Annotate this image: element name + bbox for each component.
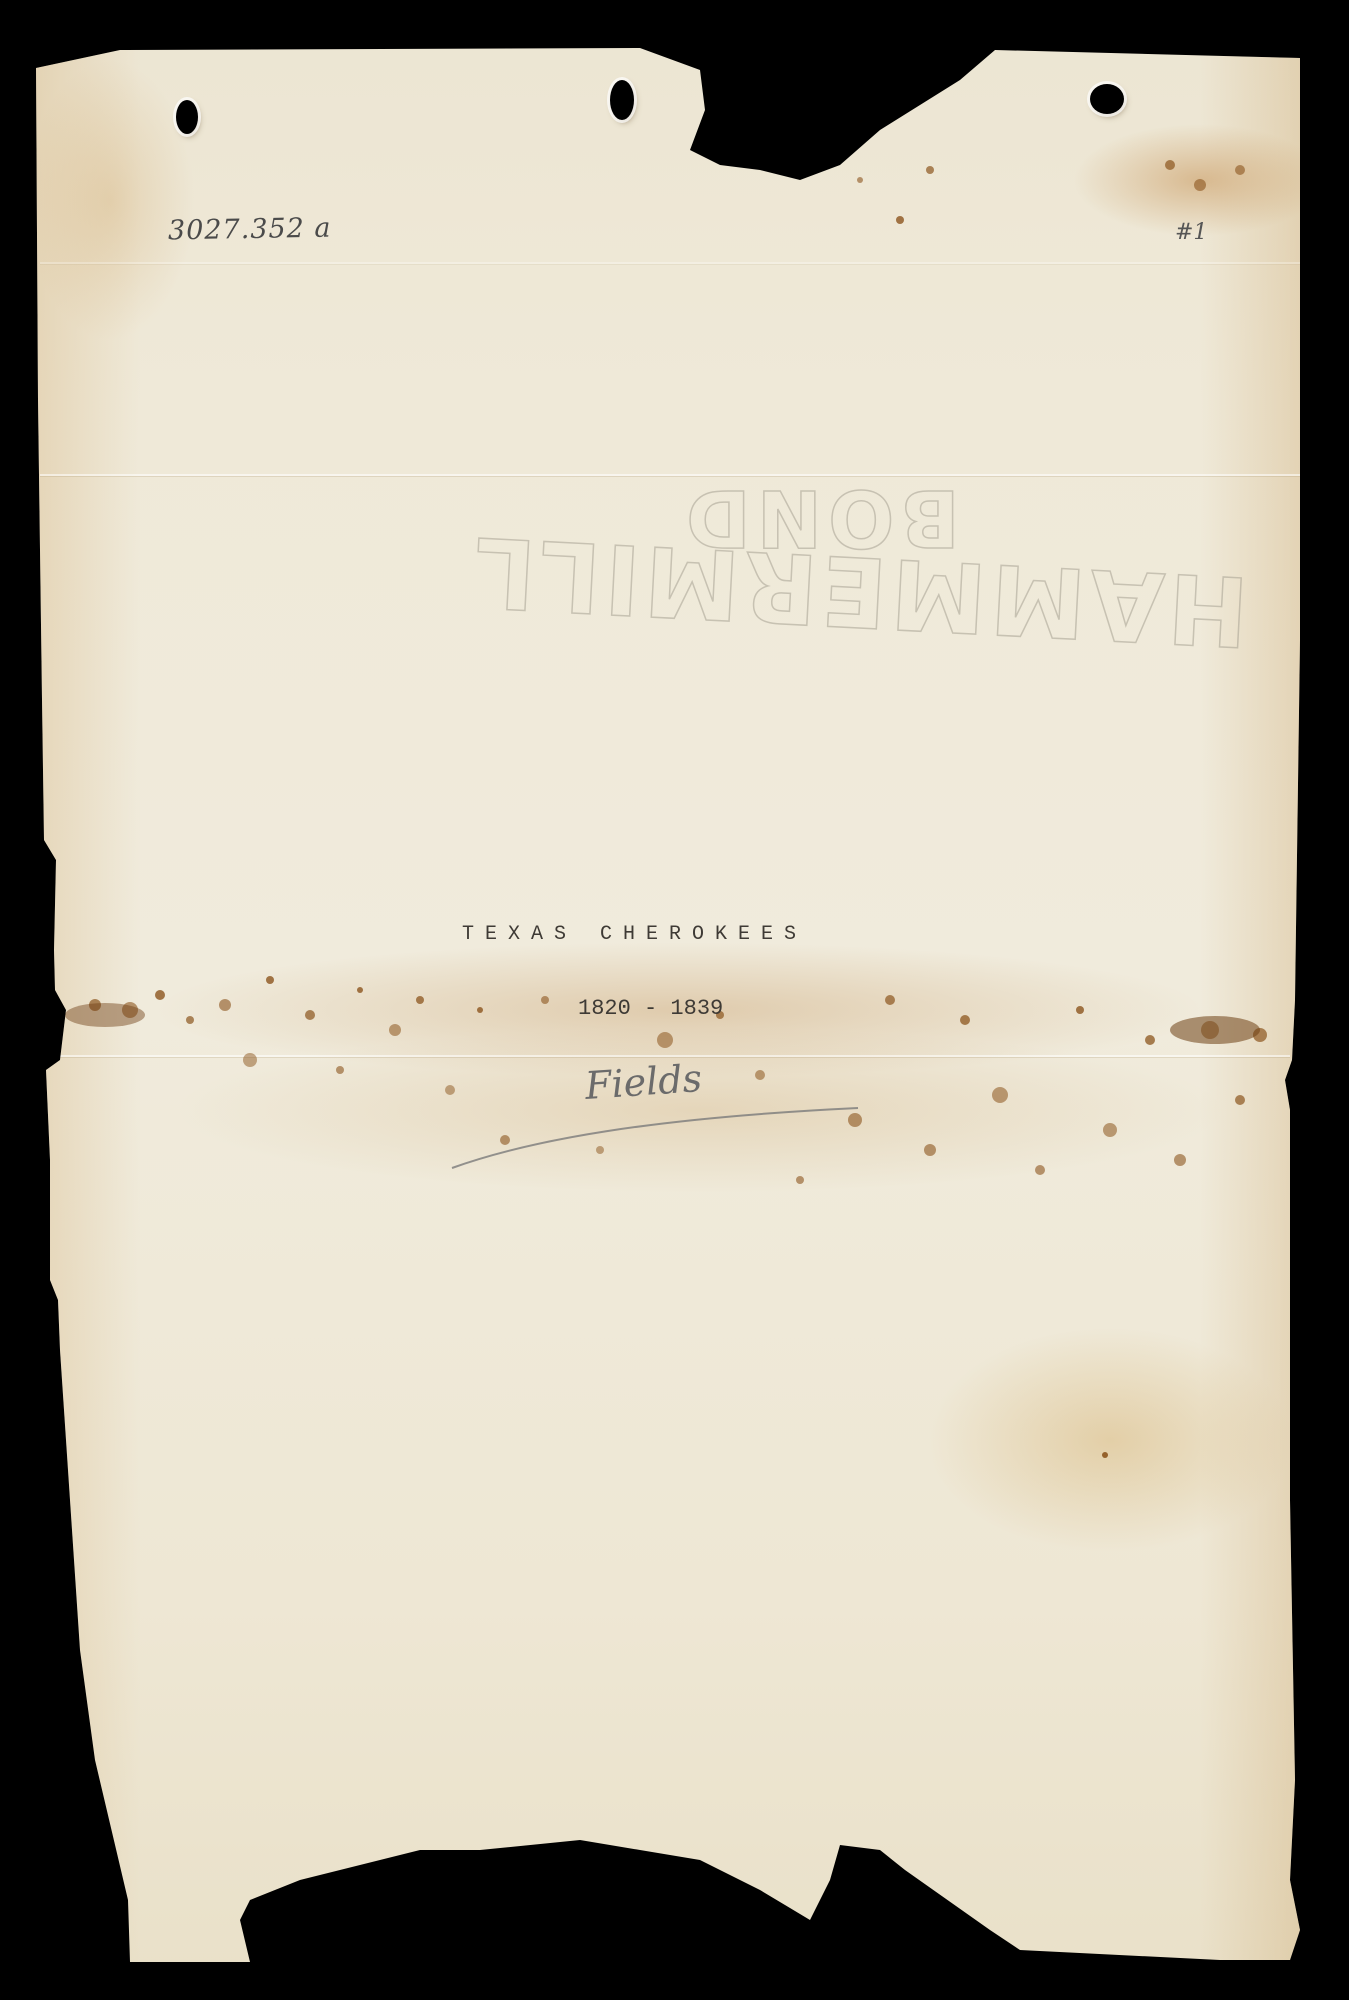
watermark-hammermill: HAMMERMILL xyxy=(468,515,1252,668)
item-number: #1 xyxy=(1175,220,1207,245)
punch-hole-center xyxy=(610,80,634,120)
document-title: TEXAS CHEROKEES xyxy=(462,923,902,946)
fold-line-middle xyxy=(50,1055,1290,1057)
fold-line-top xyxy=(40,474,1300,476)
fold-line-upper xyxy=(40,262,1300,264)
paper-sheet: BOND HAMMERMILL 3027.352 a #1 TEXAS CHER… xyxy=(0,0,1349,2000)
punch-hole-left xyxy=(176,100,198,134)
signature-underline xyxy=(450,1100,860,1170)
punch-hole-right xyxy=(1090,84,1124,114)
scan-background: BOND HAMMERMILL 3027.352 a #1 TEXAS CHER… xyxy=(0,0,1349,2000)
date-range: 1820 - 1839 xyxy=(578,996,723,1021)
accession-number: 3027.352 a xyxy=(168,213,332,247)
